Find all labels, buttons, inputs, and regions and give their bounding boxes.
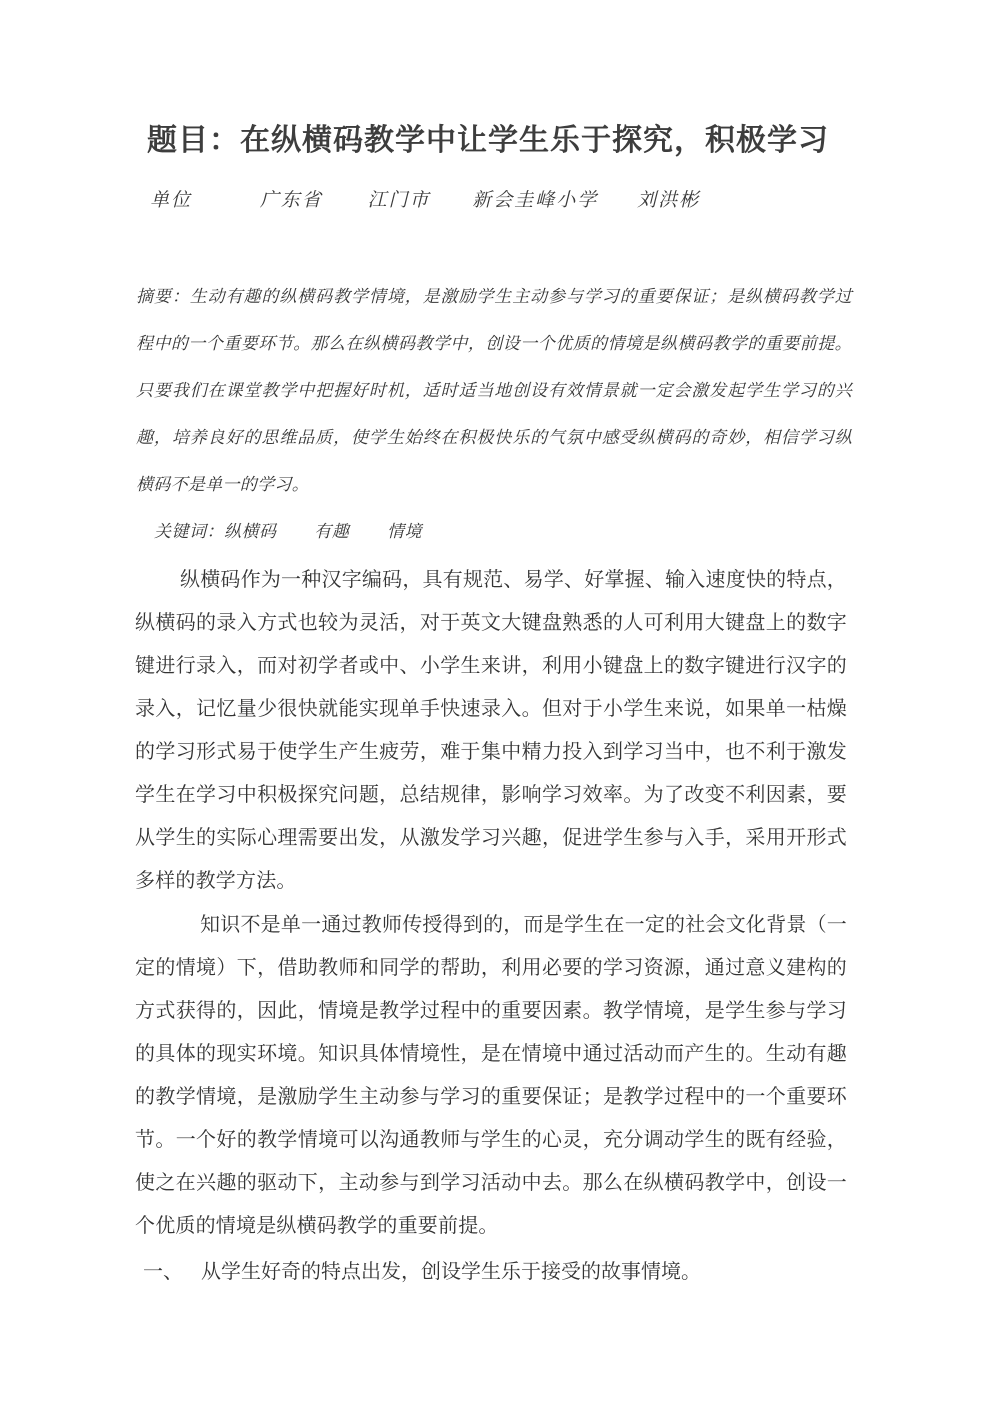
body-line: 多样的教学方法。 bbox=[135, 860, 847, 903]
body-line: 节。一个好的教学情境可以沟通教师与学生的心灵，充分调动学生的既有经验， bbox=[135, 1119, 847, 1162]
keyword-item: 情境 bbox=[387, 522, 422, 541]
section-heading-number: 一、 bbox=[143, 1261, 183, 1283]
body-line: 从学生的实际心理需要出发，从激发学习兴趣，促进学生参与入手，采用开形式 bbox=[135, 817, 847, 860]
abstract-line: 程中的一个重要环节。那么在纵横码教学中，创设一个优质的情境是纵横码教学的重要前提… bbox=[136, 320, 852, 367]
keyword-item: 有趣 bbox=[314, 522, 349, 541]
paragraph-2: 知识不是单一通过教师传授得到的，而是学生在一定的社会文化背景（一 定的情境）下，… bbox=[135, 904, 847, 1248]
byline-city: 江门市 bbox=[368, 190, 431, 211]
section-heading-text: 从学生好奇的特点出发，创设学生乐于接受的故事情境。 bbox=[201, 1261, 701, 1283]
body-line: 定的情境）下，借助教师和同学的帮助，利用必要的学习资源，通过意义建构的 bbox=[135, 947, 847, 990]
paragraph-1: 纵横码作为一种汉字编码，具有规范、易学、好掌握、输入速度快的特点， 纵横码的录入… bbox=[135, 559, 847, 903]
body-line: 键进行录入，而对初学者或中、小学生来讲，利用小键盘上的数字键进行汉字的 bbox=[135, 645, 847, 688]
abstract-line: 摘要：生动有趣的纵横码教学情境，是激励学生主动参与学习的重要保证；是纵横码教学过 bbox=[136, 273, 852, 320]
byline: 单位 广东省 江门市 新会圭峰小学 刘洪彬 bbox=[150, 187, 700, 215]
byline-unit-label: 单位 bbox=[150, 190, 192, 211]
body-line: 的教学情境，是激励学生主动参与学习的重要保证；是教学过程中的一个重要环 bbox=[135, 1076, 847, 1119]
body-line: 的具体的现实环境。知识具体情境性，是在情境中通过活动而产生的。生动有趣 bbox=[135, 1033, 847, 1076]
document-title: 题目：在纵横码教学中让学生乐于探究，积极学习 bbox=[147, 121, 829, 161]
abstract-line: 趣，培养良好的思维品质，使学生始终在积极快乐的气氛中感受纵横码的奇妙，相信学习纵 bbox=[136, 414, 852, 461]
body-line: 录入，记忆量少很快就能实现单手快速录入。但对于小学生来说，如果单一枯燥 bbox=[135, 688, 847, 731]
byline-province: 广东省 bbox=[260, 190, 323, 211]
body-line: 方式获得的，因此，情境是教学过程中的重要因素。教学情境，是学生参与学习 bbox=[135, 990, 847, 1033]
abstract: 摘要：生动有趣的纵横码教学情境，是激励学生主动参与学习的重要保证；是纵横码教学过… bbox=[136, 273, 852, 508]
keywords-line: 关键词：纵横码 有趣 情境 bbox=[154, 508, 422, 555]
body-line: 的学习形式易于使学生产生疲劳，难于集中精力投入到学习当中，也不利于激发 bbox=[135, 731, 847, 774]
byline-author: 刘洪彬 bbox=[637, 190, 700, 211]
abstract-line: 横码不是单一的学习。 bbox=[136, 461, 852, 508]
body-line: 纵横码的录入方式也较为灵活，对于英文大键盘熟悉的人可利用大键盘上的数字 bbox=[135, 602, 847, 645]
body-line: 个优质的情境是纵横码教学的重要前提。 bbox=[135, 1205, 847, 1248]
byline-school: 新会圭峰小学 bbox=[472, 190, 598, 211]
body-line: 知识不是单一通过教师传授得到的，而是学生在一定的社会文化背景（一 bbox=[135, 904, 847, 947]
body-line: 学生在学习中积极探究问题，总结规律，影响学习效率。为了改变不利因素，要 bbox=[135, 774, 847, 817]
keywords-label: 关键词：纵横码 bbox=[154, 522, 277, 541]
document-page: 题目：在纵横码教学中让学生乐于探究，积极学习 单位 广东省 江门市 新会圭峰小学… bbox=[0, 0, 992, 1403]
section-heading: 一、 从学生好奇的特点出发，创设学生乐于接受的故事情境。 bbox=[143, 1251, 701, 1294]
body-line: 纵横码作为一种汉字编码，具有规范、易学、好掌握、输入速度快的特点， bbox=[135, 559, 847, 602]
abstract-line: 只要我们在课堂教学中把握好时机，适时适当地创设有效情景就一定会激发起学生学习的兴 bbox=[136, 367, 852, 414]
body-line: 使之在兴趣的驱动下，主动参与到学习活动中去。那么在纵横码教学中，创设一 bbox=[135, 1162, 847, 1205]
